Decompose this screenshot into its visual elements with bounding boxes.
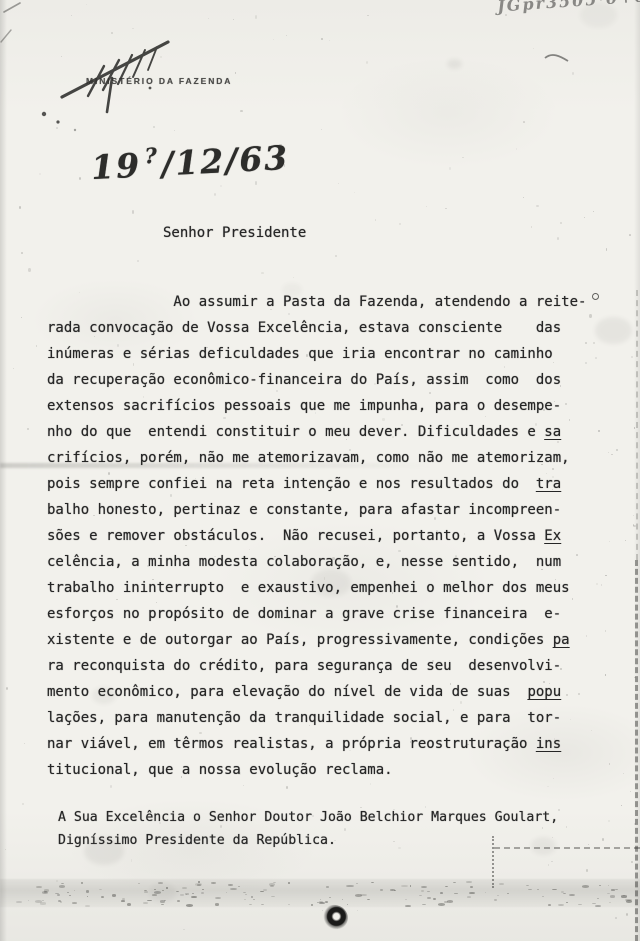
page-edge-shading-left <box>0 0 7 941</box>
document-line: Digníssimo Presidente da República. <box>58 829 558 852</box>
document-line: nho do que entendi constituir o meu deve… <box>47 419 586 445</box>
page-edge-line-upper <box>636 290 638 560</box>
document-line: inúmeras e sérias deficuldades que iria … <box>47 341 586 367</box>
document-line: titucional, que a nossa evolução reclama… <box>47 757 586 783</box>
body-paragraph: Ao assumir a Pasta da Fazenda, atendendo… <box>47 289 586 783</box>
document-line: crifícios, porém, não me atemorizavam, c… <box>47 445 586 471</box>
pen-tick <box>542 48 572 68</box>
document-line: balho honesto, pertinaz e constante, par… <box>47 497 586 523</box>
stray-ring-mark <box>592 293 599 300</box>
document-line: da recuperação econômico-financeira do P… <box>47 367 586 393</box>
scanned-letter-page: JGpr3505·0+01 MINISTÉRIO DA FAZENDA 19?/… <box>0 0 640 941</box>
document-line: A Sua Excelência o Senhor Doutor João Be… <box>58 806 558 829</box>
date-rest: /12/63 <box>160 138 290 184</box>
document-line: trabalho ininterrupto e exaustivo, empen… <box>47 575 586 601</box>
document-line: rada convocação de Vossa Excelência, est… <box>47 315 586 341</box>
document-line: ra reconquista do crédito, para seguranç… <box>47 653 586 679</box>
pen-scribble <box>0 0 220 140</box>
document-line: sões e remover obstáculos. Não recusei, … <box>47 523 586 549</box>
document-line: extensos sacrifícios pessoais que me imp… <box>47 393 586 419</box>
document-line: esforços no propósito de dominar a grave… <box>47 601 586 627</box>
date-query-mark: ? <box>144 143 160 169</box>
document-line: Ao assumir a Pasta da Fazenda, atendendo… <box>47 289 586 315</box>
page-edge-line-lower <box>635 560 638 941</box>
document-line: celência, a minha modesta colaboração, e… <box>47 549 586 575</box>
document-line: nar viável, em têrmos realistas, a própr… <box>47 731 586 757</box>
document-line: pois sempre confiei na reta intenção e n… <box>47 471 586 497</box>
document-line: lações, para manutenção da tranquilidade… <box>47 705 586 731</box>
document-line: xistente e de outorgar ao País, progress… <box>47 627 586 653</box>
salutation: Senhor Presidente <box>163 225 306 241</box>
document-line: mento econômico, para elevação do nível … <box>47 679 586 705</box>
closing-address: A Sua Excelência o Senhor Doutor João Be… <box>58 806 558 852</box>
bottom-smudge-band <box>0 879 640 907</box>
date-day: 19 <box>90 146 142 188</box>
